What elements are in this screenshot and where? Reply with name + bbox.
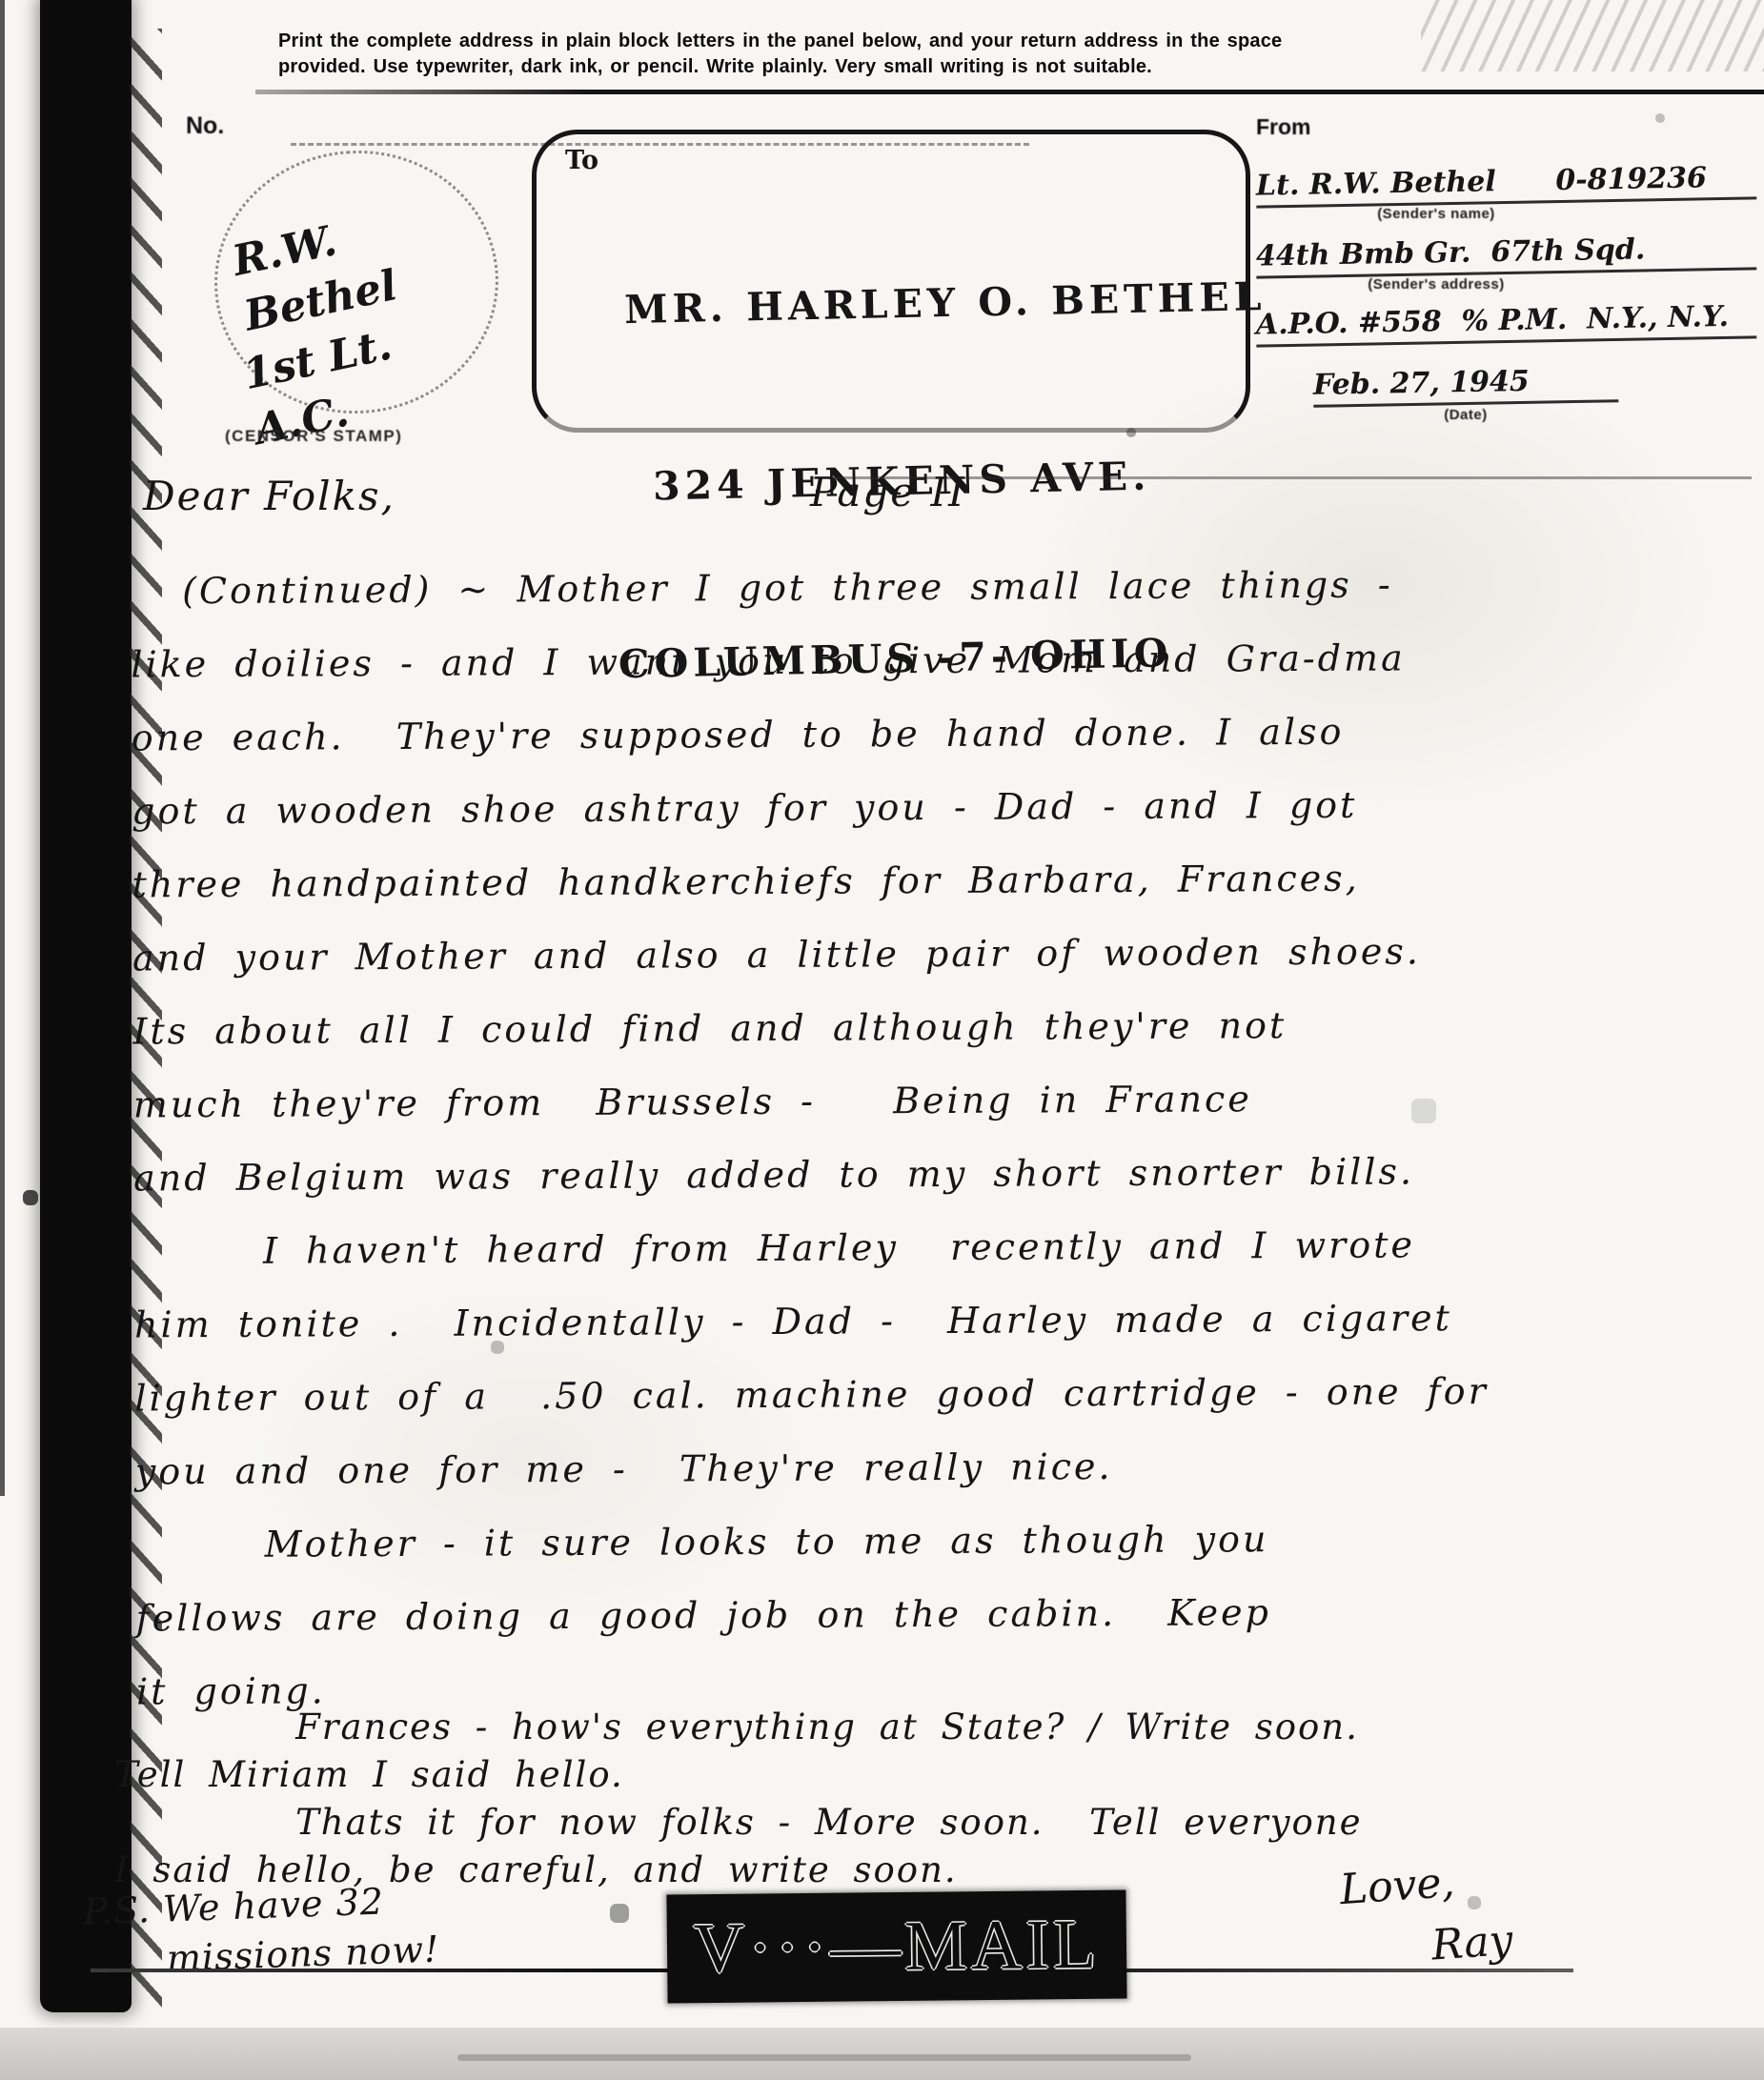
vmail-logo: V···—MAIL xyxy=(666,1889,1126,2003)
sender-address-value: 44th Bmb Gr. 67th Sqd. xyxy=(1256,231,1757,278)
letter-line: Frances - how's everything at State? / W… xyxy=(114,1704,1754,1751)
letter-line: much they're from Brussels - Being in Fr… xyxy=(133,1060,1754,1142)
instructions-line2: provided. Use typewriter, dark ink, or p… xyxy=(278,54,1303,80)
salutation: Dear Folks, xyxy=(143,473,395,519)
letter-line: you and one for me - They're really nice… xyxy=(135,1427,1755,1509)
scan-corner-noise xyxy=(1421,0,1764,71)
from-label: From xyxy=(1256,114,1756,140)
sender-name-entry: Lt. R.W. Bethel 0-819236 (Sender's name) xyxy=(1256,165,1756,222)
letter-line: one each. They're supposed to be hand do… xyxy=(132,694,1752,776)
vmail-letter-page: Print the complete address in plain bloc… xyxy=(0,0,1764,2080)
sender-name-value: Lt. R.W. Bethel 0-819236 xyxy=(1256,160,1757,208)
letter-line: Mother - it sure looks to me as though y… xyxy=(135,1501,1755,1583)
letter-line: three handpainted handkerchiefs for Barb… xyxy=(132,840,1752,922)
form-instructions: Print the complete address in plain bloc… xyxy=(278,29,1303,80)
from-panel: From Lt. R.W. Bethel 0-819236 (Sender's … xyxy=(1256,114,1756,423)
page-number: Page II xyxy=(810,469,966,515)
signature-block: Love, Ray xyxy=(1338,1854,1514,1976)
header-rule xyxy=(255,90,1764,94)
date-value: Feb. 27, 1945 xyxy=(1313,363,1619,408)
letter-body: (Continued) ~ Mother I got three small l… xyxy=(131,547,1756,1729)
censor-stamp-label: (CENSOR'S STAMP) xyxy=(225,427,402,446)
letter-line: Its about all I could find and although … xyxy=(132,987,1753,1069)
letter-line: him tonite . Incidentally - Dad - Harley… xyxy=(134,1281,1754,1363)
scan-specks xyxy=(0,0,4,4)
sender-apo-entry: A.P.O. #558 % P.M. N.Y., N.Y. xyxy=(1256,304,1756,343)
sender-address-caption: (Sender's address) xyxy=(1256,276,1616,293)
letter-line: lighter out of a .50 cal. machine good c… xyxy=(134,1354,1754,1436)
letter-line: and your Mother and also a little pair o… xyxy=(132,914,1753,996)
scan-edge-line xyxy=(0,0,5,1496)
to-address-name: MR. HARLEY O. BETHEL xyxy=(624,267,1267,339)
sender-address-entry: 44th Bmb Gr. 67th Sqd. (Sender's address… xyxy=(1256,235,1756,293)
letter-line: got a wooden shoe ashtray for you - Dad … xyxy=(132,767,1752,849)
to-address-panel: To MR. HARLEY O. BETHEL 324 JENKENS AVE.… xyxy=(532,130,1250,433)
letter-closing: Frances - how's everything at State? / W… xyxy=(114,1704,1754,1894)
postscript: P.S. We have 32 missions now! xyxy=(82,1879,440,1983)
letter-line: like doilies - and I want you to give Mo… xyxy=(131,620,1751,702)
letter-line: Thats it for now folks - More soon. Tell… xyxy=(114,1799,1754,1847)
scan-bottom-streak xyxy=(457,2054,1191,2061)
letter-line: I haven't heard from Harley recently and… xyxy=(133,1207,1754,1289)
number-field-label: No. xyxy=(186,112,224,140)
sender-name-caption: (Sender's name) xyxy=(1256,206,1616,222)
censor-stamp-circle: R.W. Bethel 1st Lt. A.C. xyxy=(206,141,508,423)
signature-name: Ray xyxy=(1429,1916,1514,1970)
letter-line: Tell Miriam I said hello. xyxy=(114,1751,1754,1799)
letter-line: fellows are doing a good job on the cabi… xyxy=(135,1574,1755,1656)
instructions-line1: Print the complete address in plain bloc… xyxy=(278,29,1303,54)
letter-line: (Continued) ~ Mother I got three small l… xyxy=(131,547,1751,629)
to-label: To xyxy=(565,146,598,175)
signature-love: Love, xyxy=(1338,1854,1510,1914)
censor-signature: R.W. Bethel 1st Lt. A.C. xyxy=(228,187,498,455)
sender-apo-value: A.P.O. #558 % P.M. N.Y., N.Y. xyxy=(1256,299,1757,347)
vmail-logo-text: V···—MAIL xyxy=(693,1904,1100,1989)
date-caption: (Date) xyxy=(1313,407,1618,423)
salutation-row: Dear Folks, Page II xyxy=(143,473,1715,519)
letter-line: and Belgium was really added to my short… xyxy=(133,1134,1754,1216)
date-entry: Feb. 27, 1945 (Date) xyxy=(1313,366,1618,423)
